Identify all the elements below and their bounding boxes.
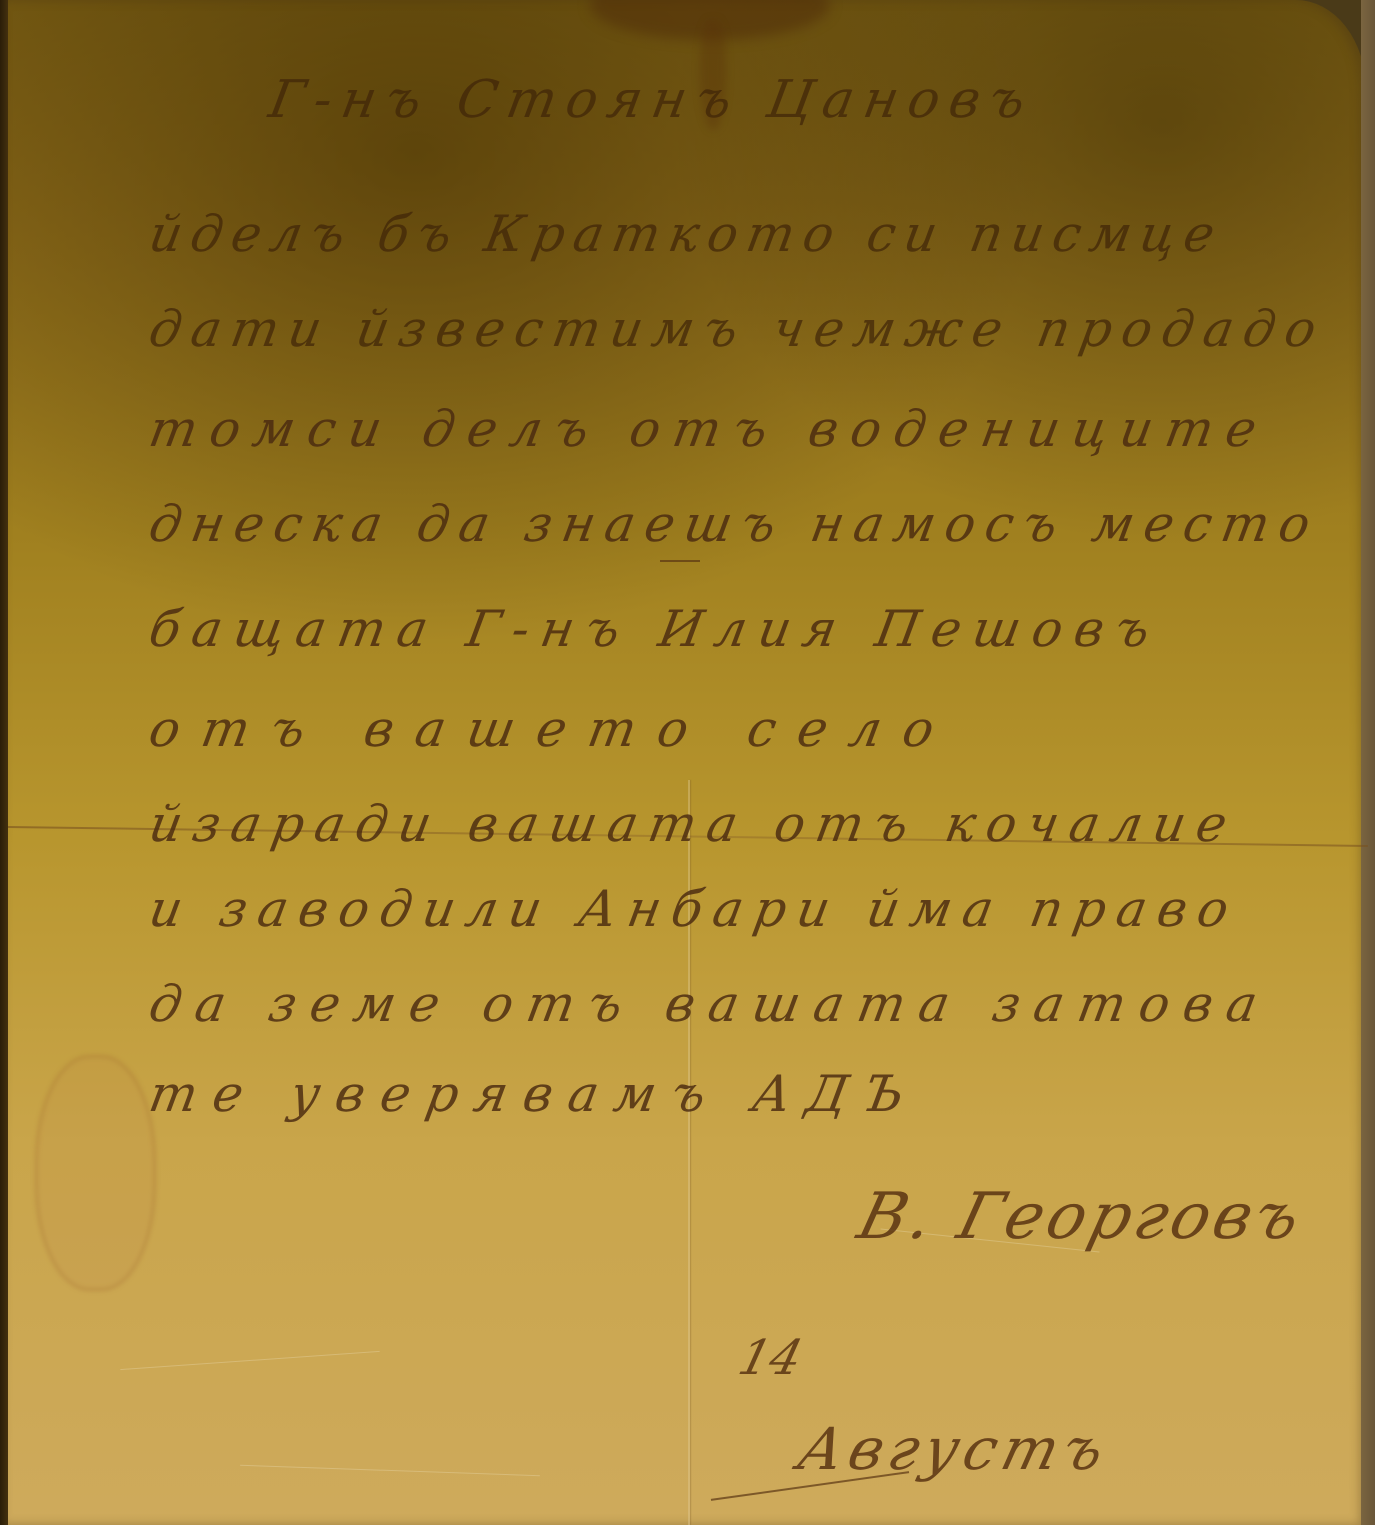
body-line-2: дати йзвестимъ чемже продадо (145, 300, 1331, 358)
water-stain-left (35, 1055, 156, 1291)
body-line-8: и заводили Анбари йма право (145, 880, 1244, 938)
signature: В. Георговъ (851, 1180, 1312, 1254)
body-line-7: йзаради вашата отъ кочалие (145, 795, 1243, 853)
salutation: Г-нъ Стоянъ Цановъ (265, 70, 1040, 130)
document-photo: Г-нъ Стоянъ Цановъ йделъ бъ Краткото си … (0, 0, 1375, 1525)
body-line-4: днеска да знаешъ намосъ место (145, 495, 1325, 553)
background-right-edge (1361, 0, 1375, 1525)
underline-stroke (660, 560, 700, 562)
body-line-5: бащата Г-нъ Илия Пешовъ (145, 600, 1166, 658)
date-month: Августъ (792, 1415, 1118, 1483)
body-line-6: отъ вашето село (145, 700, 961, 758)
body-line-3: томси делъ отъ водениците (145, 400, 1274, 458)
body-line-10: те уверявамъ АДЪ (145, 1065, 925, 1123)
body-line-1: йделъ бъ Краткото си писмце (145, 205, 1228, 263)
body-line-9: да земе отъ вашата затова (145, 975, 1276, 1033)
